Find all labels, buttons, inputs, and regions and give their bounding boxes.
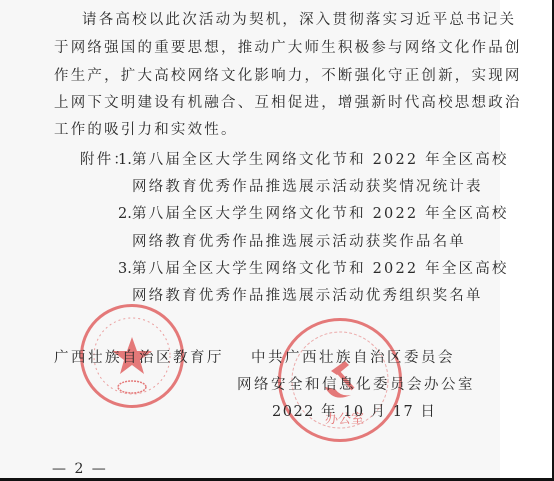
attachment-1-line1: 第八届全区大学生网络文化节和 2022 年全区高校: [132, 151, 509, 169]
attachment-1-number: 1.: [118, 151, 132, 169]
page-number: — 2 —: [52, 461, 108, 477]
right-signature-org-line1: 中共广西壮族自治区委员会: [251, 346, 455, 367]
attachment-2-line2: 网络教育优秀作品推选展示活动获奖作品名单: [132, 233, 466, 251]
document-page: 请各高校以此次活动为契机，深入贯彻落实习近平总书记关 于网络强国的重要思想，推动…: [0, 0, 500, 478]
paragraph-line-1: 请各高校以此次活动为契机，深入贯彻落实习近平总书记关: [82, 11, 516, 29]
attachment-1-line2: 网络教育优秀作品推选展示活动获奖情况统计表: [132, 178, 483, 196]
left-signature-org: 广西壮族自治区教育厅: [54, 346, 224, 367]
attachment-2-line1: 第八届全区大学生网络文化节和 2022 年全区高校: [132, 205, 509, 223]
paragraph-line-3: 作生产，扩大高校网络文化影响力，不断强化守正创新，实现网: [54, 67, 522, 85]
attachment-3-line1: 第八届全区大学生网络文化节和 2022 年全区高校: [132, 260, 509, 278]
paragraph-line-2: 于网络强国的重要思想，推动广大师生积极参与网络文化作品创: [54, 39, 522, 57]
attachment-3-number: 3.: [118, 260, 132, 278]
paragraph-line-4: 上网下文明建设有机融合、互相促进，增强新时代高校思想政治: [54, 94, 522, 112]
paragraph-line-5: 工作的吸引力和实效性。: [54, 121, 238, 139]
attachment-2-number: 2.: [118, 205, 132, 223]
attachment-3-line2: 网络教育优秀作品推选展示活动优秀组织奖名单: [132, 287, 483, 305]
signature-date: 2022 年 10 月 17 日: [272, 400, 436, 421]
right-signature-org-line2: 网络安全和信息化委员会办公室: [237, 373, 475, 394]
